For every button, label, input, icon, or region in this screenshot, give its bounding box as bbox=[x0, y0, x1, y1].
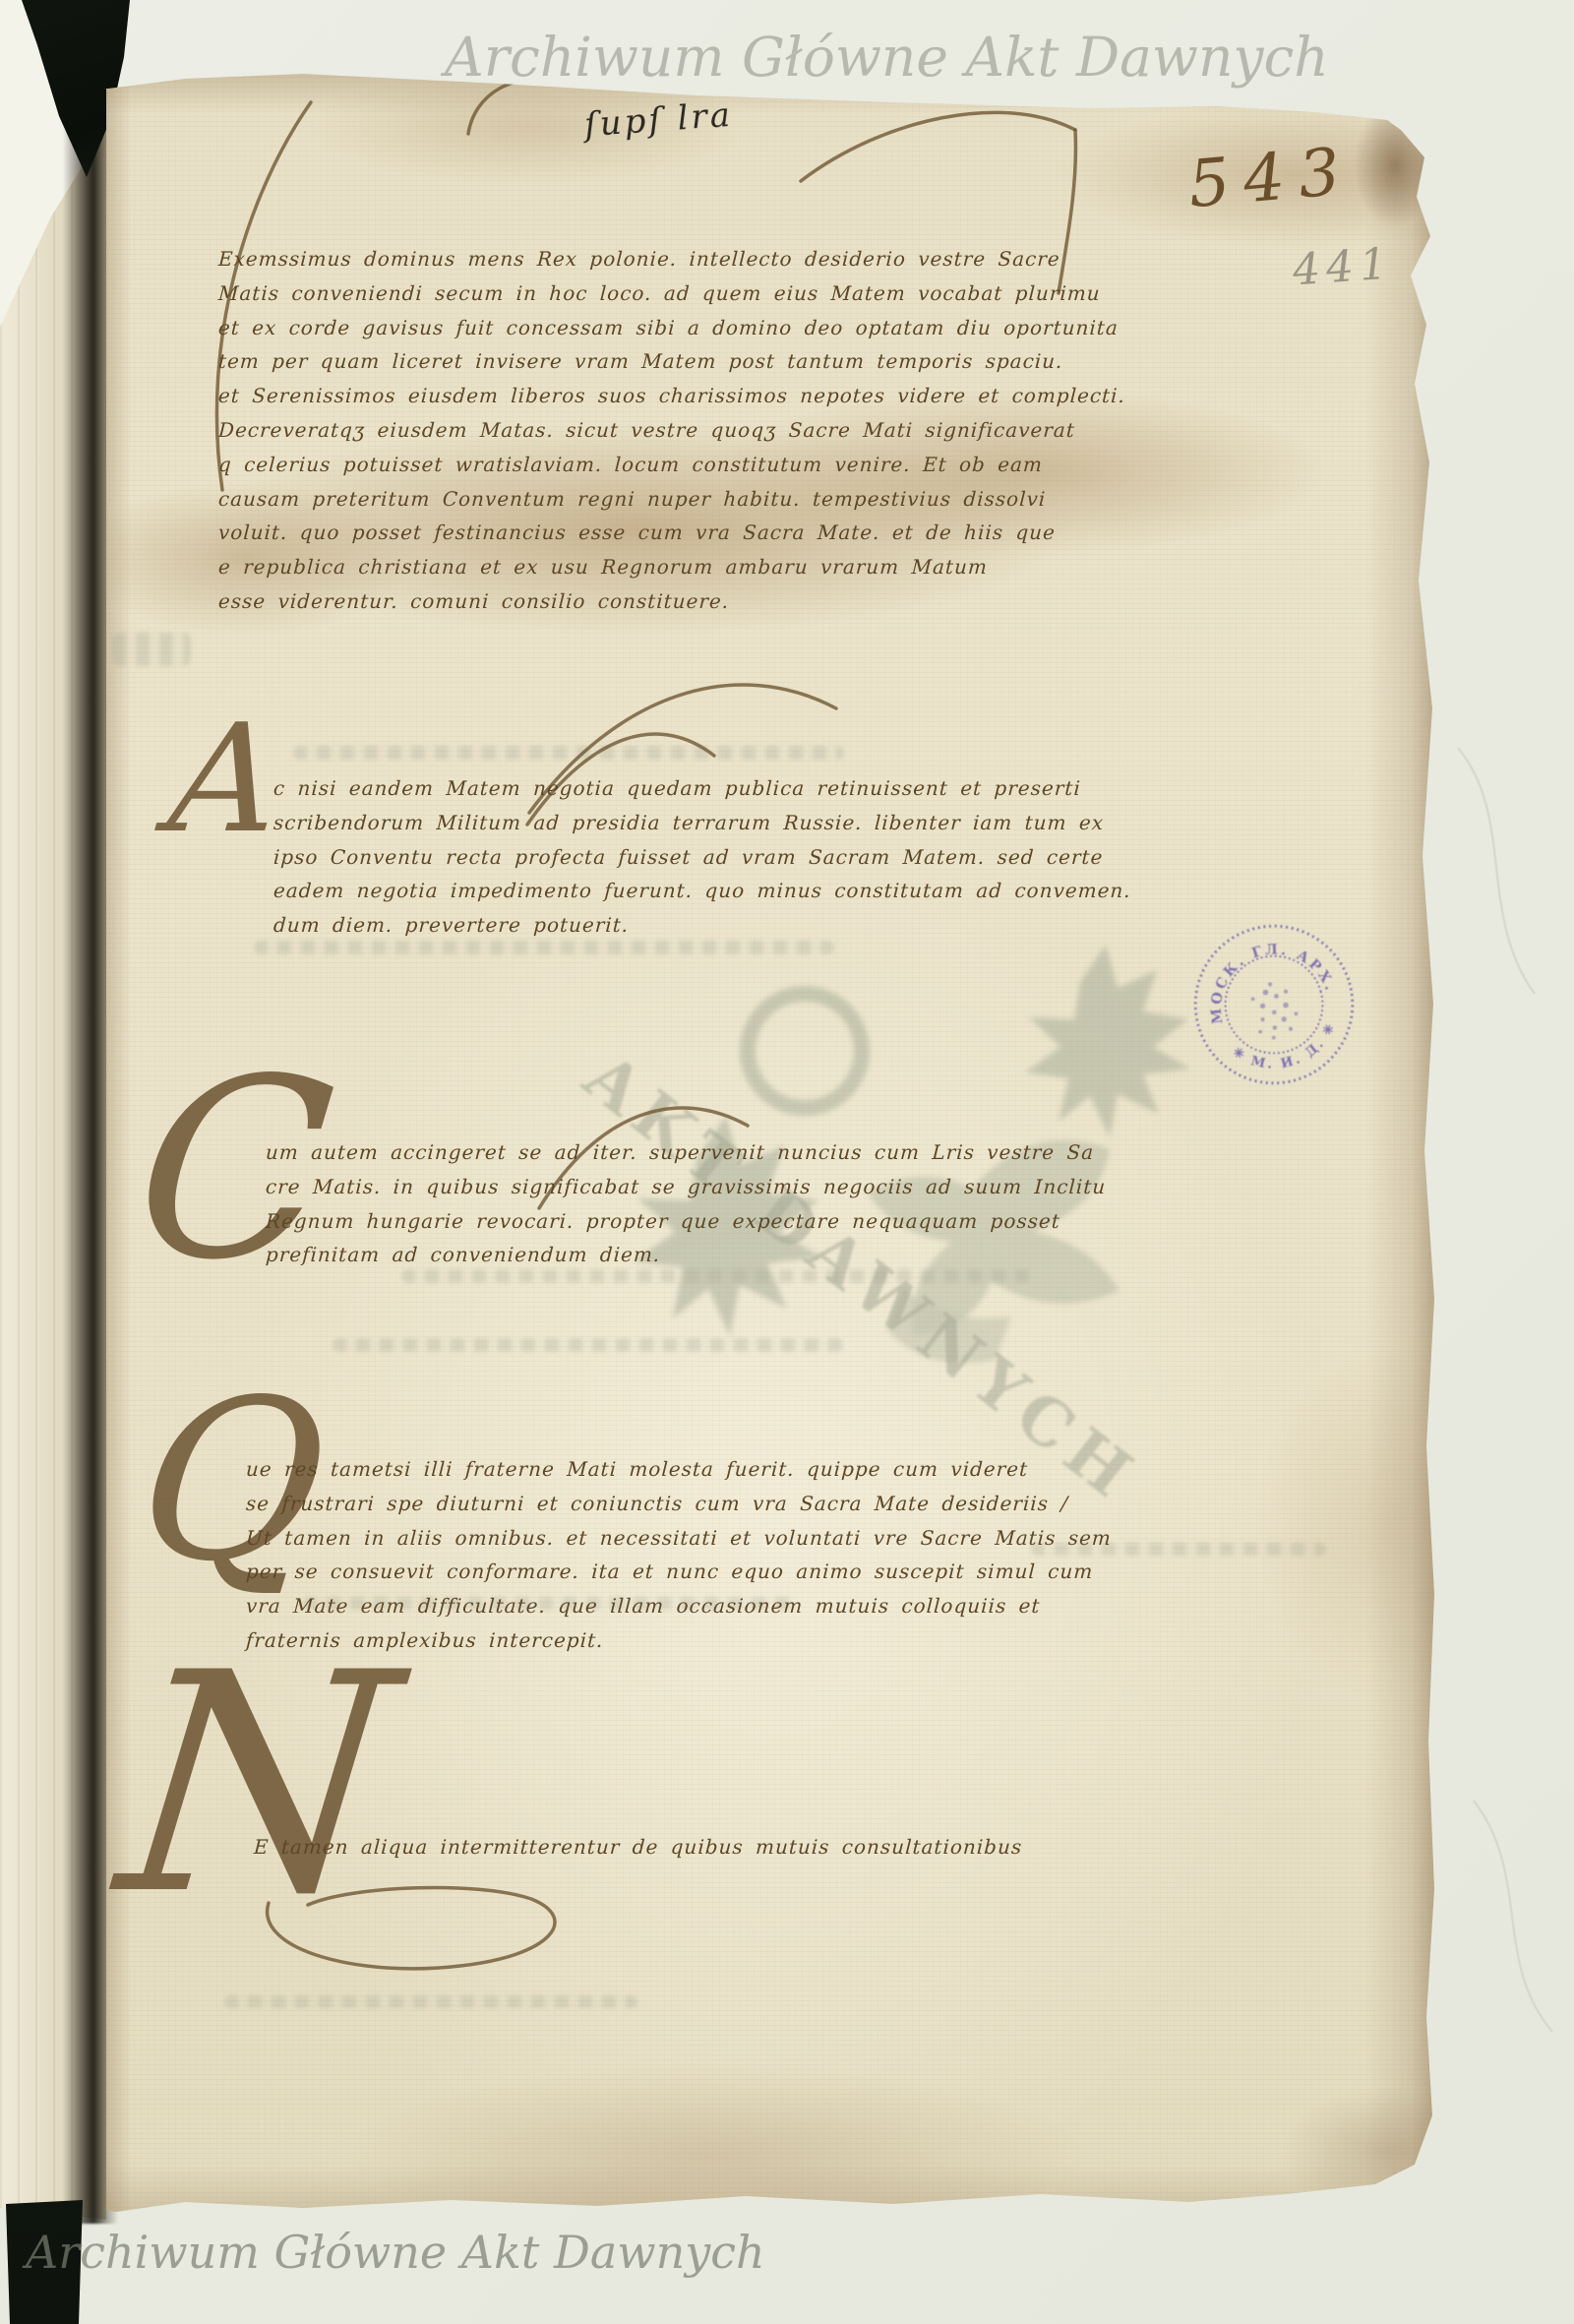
manuscript-line: um autem accingeret se ad iter. superven… bbox=[196, 1135, 1107, 1170]
manuscript-line: c nisi eandem Matem negotia quedam publi… bbox=[196, 771, 1132, 806]
manuscript-paragraph: um autem accingeret se ad iter. superven… bbox=[197, 1135, 1106, 1272]
fiber-line bbox=[1474, 1801, 1552, 2032]
manuscript-line: Ut tamen in aliis omnibus. et necessitat… bbox=[196, 1521, 1113, 1556]
manuscript-page: AKT DAWNYCH ſupſ lra 543 441 A C Q N Exe… bbox=[106, 67, 1436, 2224]
manuscript-line: eadem negotia impedimento fuerunt. quo m… bbox=[196, 874, 1132, 908]
manuscript-line: per se consuevit conformare. ita et nunc… bbox=[196, 1555, 1113, 1589]
manuscript-line: esse viderentur. comuni consilio constit… bbox=[204, 584, 1126, 619]
manuscript-line: ue res tametsi illi fraterne Mati molest… bbox=[196, 1452, 1113, 1487]
folio-number-pencil: 441 bbox=[1291, 239, 1394, 296]
manuscript-line: e republica christiana et ex usu Regnoru… bbox=[204, 550, 1126, 584]
manuscript-line: Matis conveniendi secum in hoc loco. ad … bbox=[204, 276, 1126, 311]
manuscript-line: scribendorum Militum ad presidia terraru… bbox=[196, 806, 1132, 840]
stamp-center-emblem bbox=[1246, 977, 1303, 1043]
stamp-outer-ring bbox=[1177, 907, 1370, 1101]
archive-scan: AKT DAWNYCH ſupſ lra 543 441 A C Q N Exe… bbox=[0, 0, 1574, 2324]
manuscript-paragraph: Exemssimus dominus mens Rex polonie. int… bbox=[205, 242, 1125, 619]
manuscript-line: se frustrari spe diuturni et coniunctis … bbox=[196, 1487, 1113, 1521]
manuscript-line: vra Mate eam difficultate. que illam occ… bbox=[196, 1589, 1113, 1623]
manuscript-paragraph: E tamen aliqua intermitterentur de quibu… bbox=[254, 1830, 1022, 1865]
manuscript-line: Exemssimus dominus mens Rex polonie. int… bbox=[204, 242, 1126, 276]
manuscript-paragraph: ue res tametsi illi fraterne Mati molest… bbox=[197, 1452, 1112, 1658]
manuscript-line: cre Matis. in quibus significabat se gra… bbox=[196, 1170, 1107, 1204]
stamp-arc-top-text: МОСК. ГЛ. АРХ. bbox=[1192, 927, 1338, 1027]
initial-letter: N bbox=[110, 1633, 407, 1936]
manuscript-line: fraternis amplexibus intercepit. bbox=[196, 1623, 1113, 1658]
manuscript-line: Decreveratqʒ eiusdem Matas. sicut vestre… bbox=[204, 413, 1126, 448]
manuscript-line: Regnum hungarie revocari. propter que ex… bbox=[196, 1204, 1107, 1239]
manuscript-line: E tamen aliqua intermitterentur de quibu… bbox=[253, 1830, 1023, 1865]
fiber-line bbox=[1458, 748, 1535, 994]
manuscript-line: ipso Conventu recta profecta fuisset ad … bbox=[196, 840, 1132, 875]
folio-number-ink: 543 bbox=[1185, 133, 1357, 222]
svg-text:МОСК. ГЛ. АРХ.: МОСК. ГЛ. АРХ. bbox=[1192, 927, 1338, 1027]
manuscript-paragraph: c nisi eandem Matem negotia quedam publi… bbox=[197, 771, 1131, 943]
manuscript-line: dum diem. prevertere potuerit. bbox=[196, 908, 1132, 943]
manuscript-line: prefinitam ad conveniendum diem. bbox=[196, 1238, 1107, 1272]
manuscript-line: q celerius potuisset wratislaviam. locum… bbox=[204, 448, 1126, 482]
manuscript-line: et ex corde gavisus fuit concessam sibi … bbox=[204, 311, 1126, 345]
manuscript-line: tem per quam liceret invisere vram Matem… bbox=[204, 344, 1126, 379]
manuscript-line: causam preteritum Conventum regni nuper … bbox=[204, 482, 1126, 517]
manuscript-line: voluit. quo posset festinancius esse cum… bbox=[204, 516, 1126, 550]
manuscript-line: et Serenissimos eiusdem liberos suos cha… bbox=[204, 379, 1126, 413]
